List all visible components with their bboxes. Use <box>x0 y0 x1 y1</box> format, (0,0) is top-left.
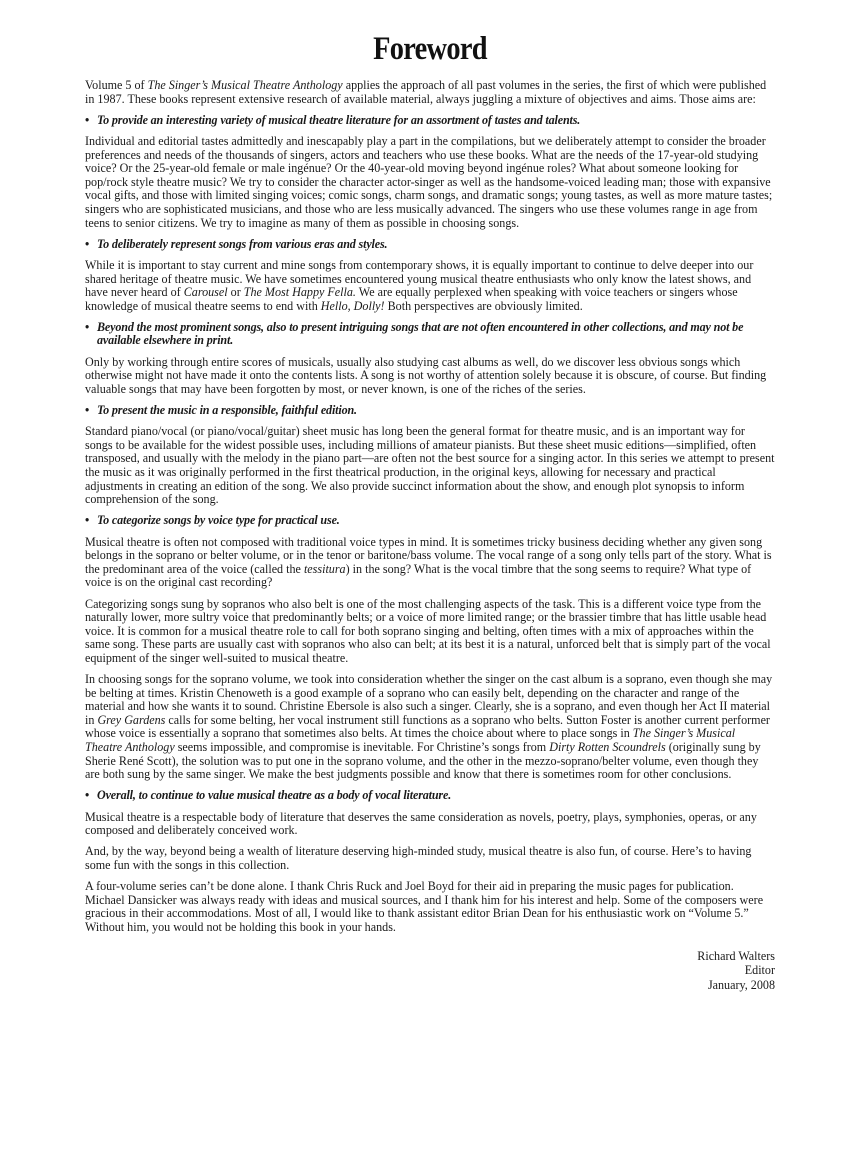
signature-block: Richard Walters Editor January, 2008 <box>85 949 775 993</box>
italic-title-text: Hello, Dolly! <box>321 299 385 313</box>
page-title: Foreword <box>133 28 726 70</box>
paragraph-text: or <box>228 285 244 299</box>
aim-bullet-item: •Overall, to continue to value musical t… <box>85 789 775 803</box>
foreword-body: Volume 5 of The Singer’s Musical Theatre… <box>85 79 775 935</box>
body-paragraph: Musical theatre is a respectable body of… <box>85 811 775 838</box>
body-paragraph: Individual and editorial tastes admitted… <box>85 135 775 230</box>
body-paragraph: And, by the way, beyond being a wealth o… <box>85 845 775 872</box>
body-paragraph: Standard piano/vocal (or piano/vocal/gui… <box>85 425 775 507</box>
paragraph-text: Individual and editorial tastes admitted… <box>85 134 772 230</box>
foreword-page: Foreword Volume 5 of The Singer’s Musica… <box>85 28 775 992</box>
aim-text: To present the music in a responsible, f… <box>97 403 357 417</box>
body-paragraph: Volume 5 of The Singer’s Musical Theatre… <box>85 79 775 106</box>
italic-title-text: Dirty Rotten Scoundrels <box>549 740 665 754</box>
aim-bullet-item: •To provide an interesting variety of mu… <box>85 114 775 128</box>
bullet-icon: • <box>85 238 97 252</box>
body-paragraph: Only by working through entire scores of… <box>85 356 775 397</box>
aim-text: Overall, to continue to value musical th… <box>97 788 451 802</box>
aim-bullet-item: •To present the music in a responsible, … <box>85 404 775 418</box>
paragraph-text: A four-volume series can’t be done alone… <box>85 879 763 934</box>
italic-title-text: tessitura <box>304 562 346 576</box>
signature-date: January, 2008 <box>85 978 775 993</box>
signature-role: Editor <box>85 963 775 978</box>
aim-bullet-item: •To categorize songs by voice type for p… <box>85 514 775 528</box>
signature-name: Richard Walters <box>85 949 775 964</box>
paragraph-text: Standard piano/vocal (or piano/vocal/gui… <box>85 424 775 506</box>
aim-text: To deliberately represent songs from var… <box>97 237 387 251</box>
italic-title-text: The Most Happy Fella. <box>244 285 356 299</box>
body-paragraph: Musical theatre is often not composed wi… <box>85 536 775 590</box>
bullet-icon: • <box>85 321 97 335</box>
paragraph-text: seems impossible, and compromise is inev… <box>175 740 550 754</box>
paragraph-text: And, by the way, beyond being a wealth o… <box>85 844 751 872</box>
paragraph-text: Categorizing songs sung by sopranos who … <box>85 597 771 665</box>
aim-text: Beyond the most prominent songs, also to… <box>97 320 743 348</box>
body-paragraph: Categorizing songs sung by sopranos who … <box>85 598 775 666</box>
bullet-icon: • <box>85 114 97 128</box>
body-paragraph: While it is important to stay current an… <box>85 259 775 313</box>
aim-bullet-item: •Beyond the most prominent songs, also t… <box>85 321 775 348</box>
italic-title-text: Grey Gardens <box>97 713 165 727</box>
aim-bullet-item: •To deliberately represent songs from va… <box>85 238 775 252</box>
bullet-icon: • <box>85 404 97 418</box>
italic-title-text: Carousel <box>184 285 228 299</box>
paragraph-text: Both perspectives are obviously limited. <box>385 299 583 313</box>
aim-text: To provide an interesting variety of mus… <box>97 113 580 127</box>
body-paragraph: A four-volume series can’t be done alone… <box>85 880 775 934</box>
paragraph-text: Musical theatre is a respectable body of… <box>85 810 757 838</box>
italic-title-text: The Singer’s Musical Theatre Anthology <box>148 78 343 92</box>
aim-text: To categorize songs by voice type for pr… <box>97 513 340 527</box>
body-paragraph: In choosing songs for the soprano volume… <box>85 673 775 782</box>
paragraph-text: Volume 5 of <box>85 78 148 92</box>
bullet-icon: • <box>85 789 97 803</box>
paragraph-text: Only by working through entire scores of… <box>85 355 766 396</box>
bullet-icon: • <box>85 514 97 528</box>
